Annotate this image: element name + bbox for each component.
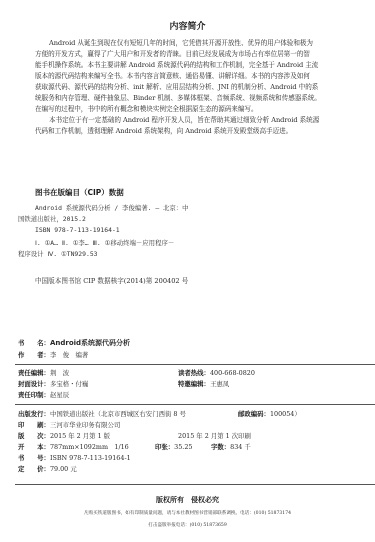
special-editor-value: 王惠凤: [210, 380, 229, 388]
separator-line: [15, 364, 375, 365]
summary-line: 版本的源代码结构来编写全书。本书内容言简意赅、通俗易懂、讲解详细。本书的内容涉及…: [35, 72, 310, 80]
hotline-row: 读者热线：400-668-0820: [178, 369, 255, 377]
sheets-label: 印张：: [155, 443, 174, 451]
print-manager-row: 责任印制：赵星辰: [18, 391, 69, 399]
book-title-value: Android系统源代码分析: [50, 339, 130, 347]
author-value: 李 俊 编著: [50, 351, 88, 359]
hotline-label: 读者热线：: [178, 369, 210, 377]
editor-row: 责任编辑：荆 波: [18, 369, 69, 377]
sheets-value: 35.25: [174, 443, 192, 451]
cip-line: ISBN 978-7-113-19164-1: [35, 226, 120, 234]
price-row: 定 价：79.00 元: [18, 465, 77, 473]
printer-label: 印 刷：: [18, 421, 50, 429]
price-label: 定 价：: [18, 465, 50, 473]
author-label: 作 者：: [18, 351, 50, 359]
format-row: 开 本：787mm×1092mm 1/16: [18, 443, 129, 451]
cip-note: 中国版本图书馆 CIP 数据核字(2014)第 200402 号: [35, 275, 188, 285]
printer-row: 印 刷：三河市华业印务有限公司: [18, 421, 120, 429]
isbn-row: 书 号：ISBN 978-7-113-19164-1: [18, 454, 131, 462]
quality-contact-line: 凡购买铁道版图书，如有印制质量问题，请与本社教材图书营销部联系调换。电话：(01…: [0, 510, 375, 516]
postcode-row: 邮政编码：100054）: [238, 410, 301, 418]
summary-title: 内容简介: [0, 19, 375, 32]
publisher-value: 中国铁道出版社（北京市西城区右安门西街 8 号: [50, 410, 186, 418]
printer-value: 三河市华业印务有限公司: [50, 421, 120, 429]
cip-line: 国铁道出版社，2015.2: [18, 215, 86, 223]
words-value: 834 千: [230, 443, 251, 451]
special-editor-row: 特邀编辑：王惠凤: [178, 380, 229, 388]
summary-line: 统服务和内存管理、硬件抽象层、Binder 机制、多媒体框架、音频系统、视频系统…: [35, 94, 321, 102]
summary-line: 本书定位于有一定基础的 Android 程序开发人员，旨在帮助其通过细致分析 A…: [49, 116, 319, 124]
summary-line: 代码和工作机制，透彻理解 Android 系统架构，向 Android 系统开发…: [35, 127, 292, 135]
postcode-label: 邮政编码：: [238, 410, 270, 418]
summary-line: 方便的开发方式，赢得了广大用户和开发者的青睐。目前已经发展成为市场占有率位居第一…: [35, 50, 310, 58]
copyright-page: 内容简介 Android 从诞生到现在仅有短短几年的时间，它凭借其开源开放性、优…: [0, 0, 375, 542]
publisher-label: 出版发行：: [18, 410, 50, 418]
edition-value: 2015 年 2 月第 1 版: [50, 432, 110, 440]
edition-label: 版 次：: [18, 432, 50, 440]
cip-line: Android 系统源代码分析 / 李俊编著. — 北京：中: [35, 204, 189, 212]
editor-value: 荆 波: [50, 369, 69, 377]
hotline-value: 400-668-0820: [210, 369, 255, 377]
editor-label: 责任编辑：: [18, 369, 50, 377]
cip-heading: 图书在版编目（CIP）数据: [35, 187, 124, 198]
cover-design-label: 封面设计：: [18, 380, 50, 388]
cover-design-row: 封面设计：多宝格・付巍: [18, 380, 88, 388]
print-manager-value: 赵星辰: [50, 391, 69, 399]
separator-line: [15, 404, 375, 405]
piracy-report-line: 打击盗版举报电话：(010) 51873659: [0, 522, 375, 528]
words-row: 字数：834 千: [211, 443, 251, 451]
printing-value: 2015 年 2 月第 1 次印刷: [178, 432, 251, 440]
author-row: 作 者：李 俊 编著: [18, 351, 88, 359]
book-title-row: 书 名：Android系统源代码分析: [18, 339, 130, 347]
format-label: 开 本：: [18, 443, 50, 451]
postcode-value: 100054）: [270, 410, 301, 418]
separator-line: [15, 484, 375, 485]
sheets-row: 印张：35.25: [155, 443, 192, 451]
isbn-label: 书 号：: [18, 454, 50, 462]
summary-line: 在编写的过程中，书中的所有概念和模块实例完全根据原生态的源码来编写。: [35, 105, 258, 113]
cip-line: 程序设计 Ⅳ. ①TN929.53: [18, 250, 98, 258]
book-title-label: 书 名：: [18, 339, 50, 347]
cip-line: Ⅰ. ①A… Ⅱ. ①李… Ⅲ. ①移动终端－应用程序－: [35, 239, 174, 247]
format-value: 787mm×1092mm 1/16: [50, 443, 129, 451]
price-value: 79.00 元: [50, 465, 77, 473]
summary-line: Android 从诞生到现在仅有短短几年的时间，它凭借其开源开放性、优异的用户体…: [49, 39, 313, 47]
copyright-notice: 版权所有 侵权必究: [0, 495, 375, 505]
words-label: 字数：: [211, 443, 230, 451]
publisher-row: 出版发行：中国铁道出版社（北京市西城区右安门西街 8 号: [18, 410, 186, 418]
special-editor-label: 特邀编辑：: [178, 380, 210, 388]
edition-row: 版 次：2015 年 2 月第 1 版: [18, 432, 110, 440]
summary-line: 能手机操作系统。本书主要讲解 Android 系统源代码的结构和工作机制，完全基…: [35, 61, 318, 69]
summary-line: 获取源代码、源代码的结构分析、init 解析、应用层结构分析、JNI 的机制分析…: [35, 83, 318, 91]
cover-design-value: 多宝格・付巍: [50, 380, 88, 388]
print-manager-label: 责任印制：: [18, 391, 50, 399]
isbn-value: ISBN 978-7-113-19164-1: [50, 454, 131, 462]
